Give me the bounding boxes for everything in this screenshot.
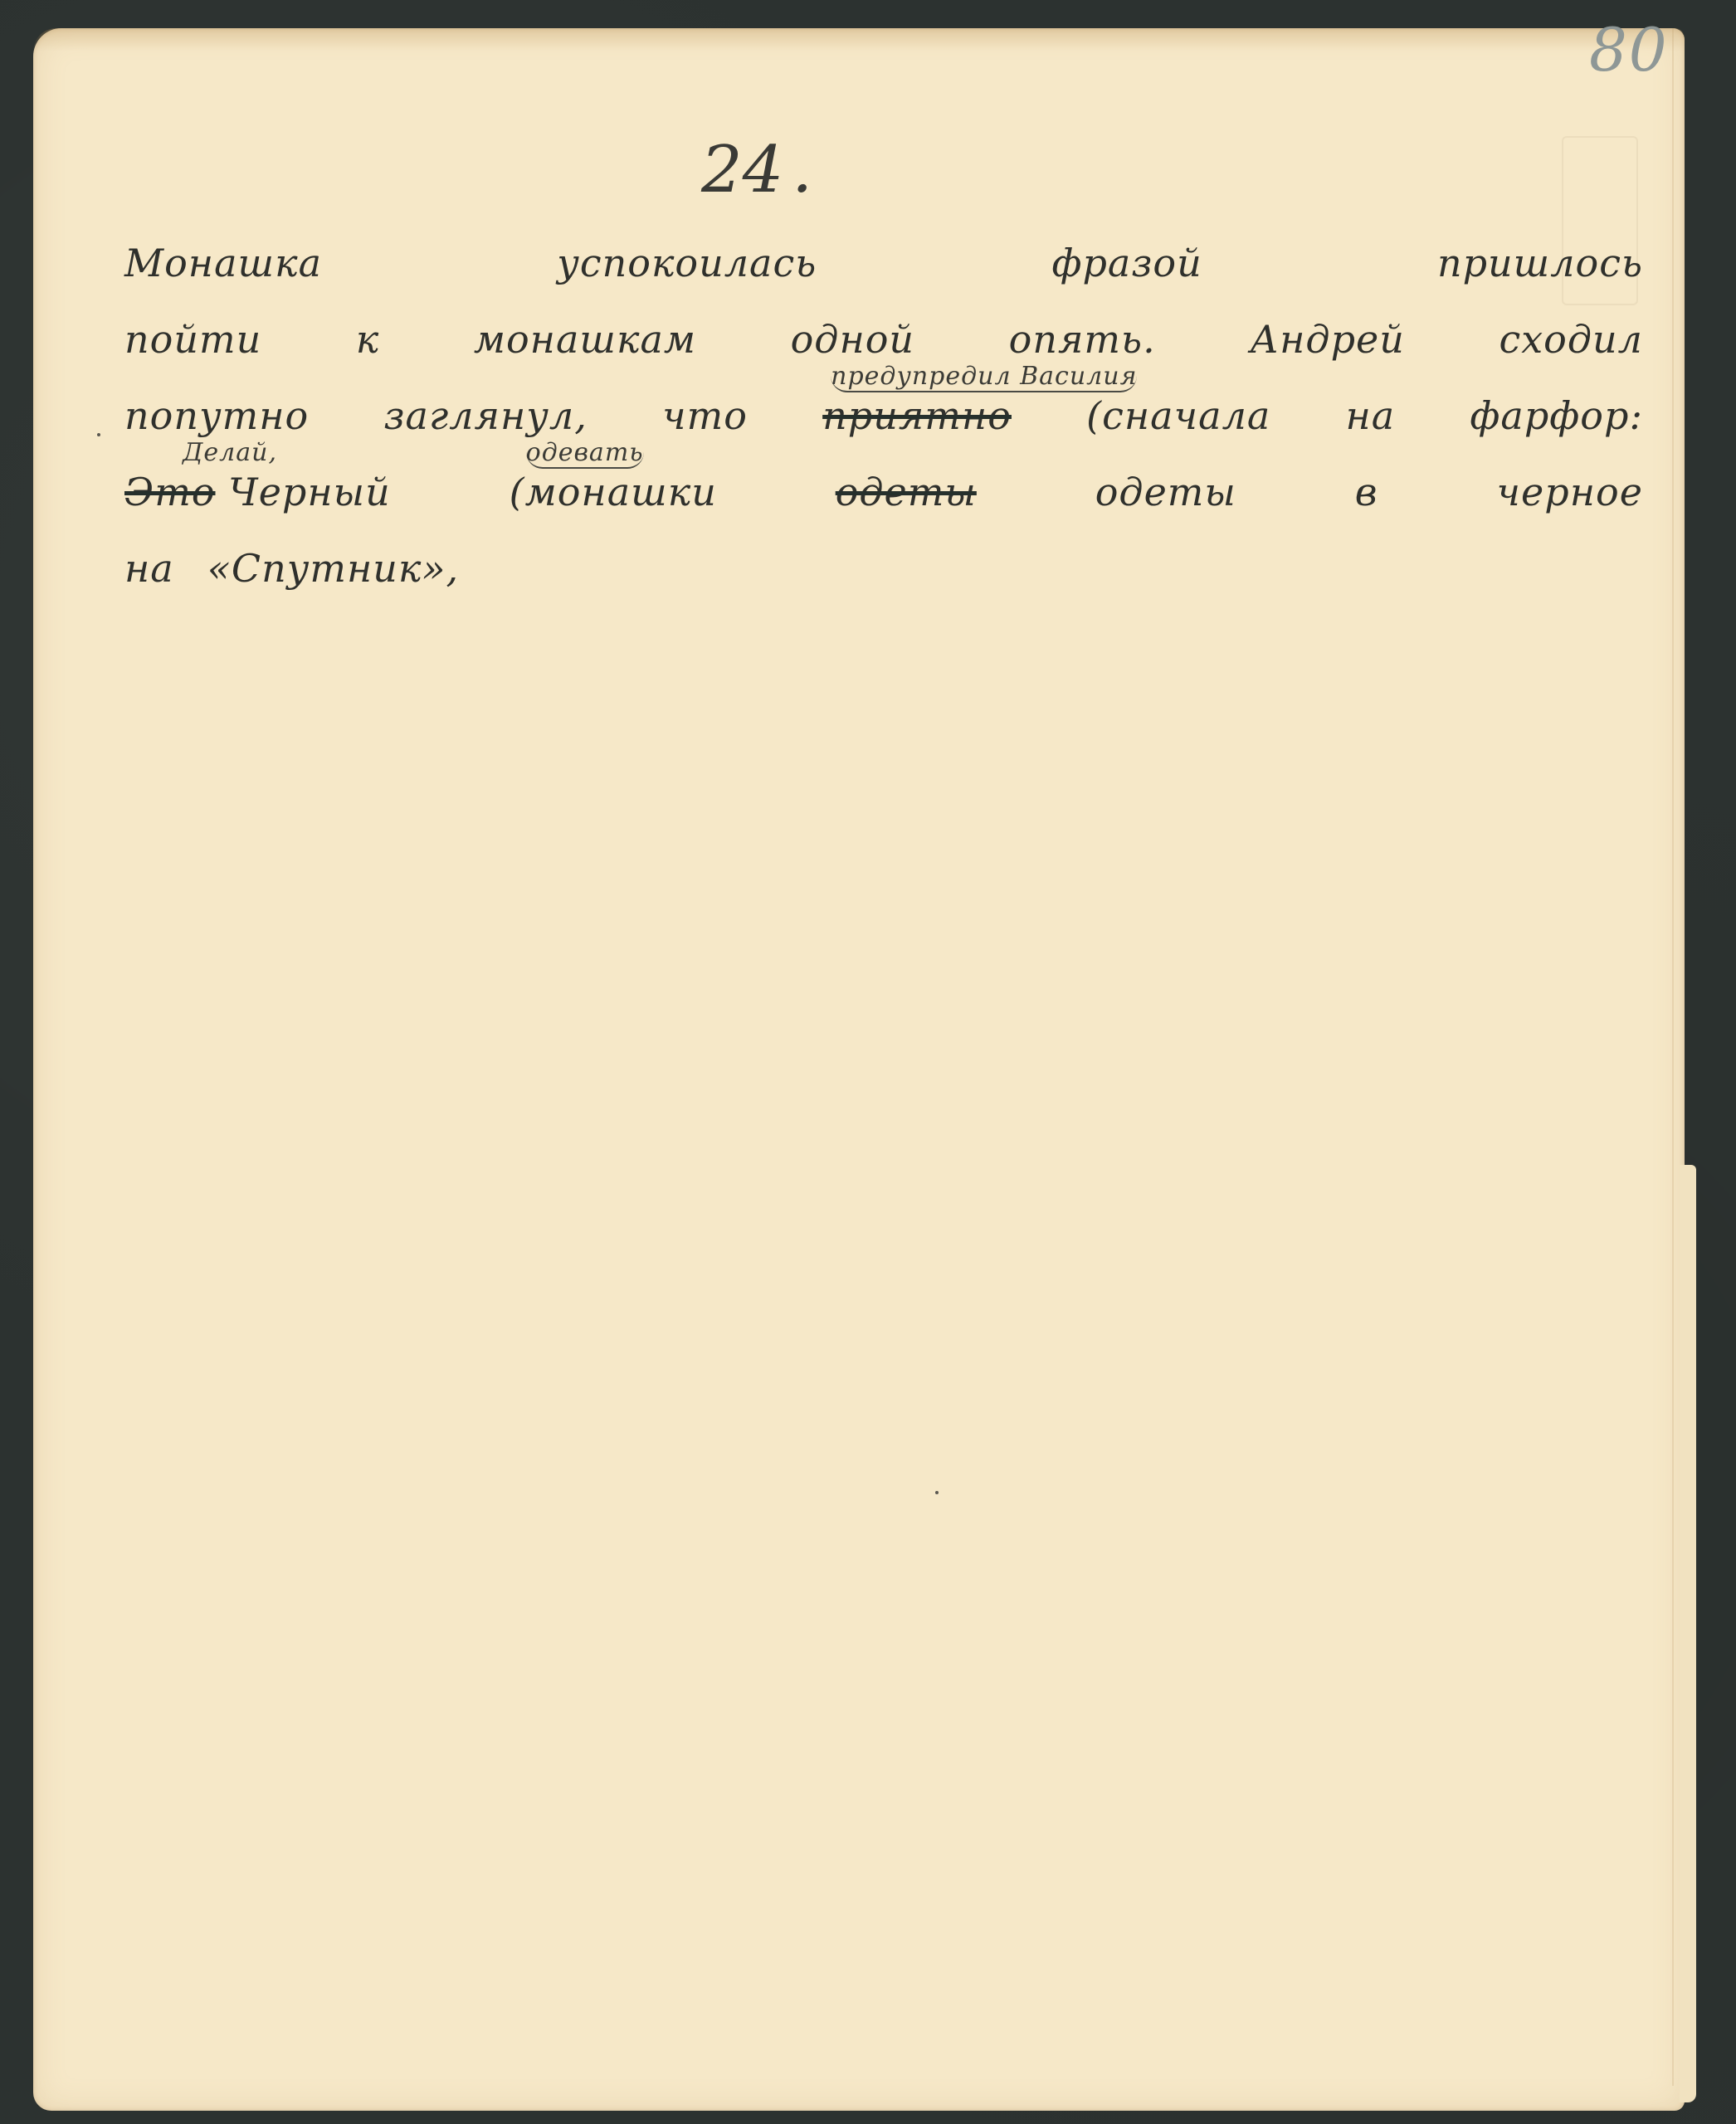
word: одеты (1095, 470, 1236, 514)
ink-speck (97, 433, 100, 436)
revision-group: предупредил Василия приятно (822, 393, 1012, 438)
word: опять. (1009, 317, 1156, 362)
manuscript-line-3: попутно заглянул, что предупредил Васили… (124, 393, 1643, 470)
word: фразой (1051, 241, 1202, 285)
manuscript-line-5: на «Спутник», (124, 546, 1643, 622)
word: пойти (124, 317, 261, 362)
word: успокоилась (557, 241, 817, 285)
revision-group: одевать (монашки (510, 470, 717, 514)
insertion-above: предупредил Василия (831, 362, 1137, 392)
word: сходил (1499, 317, 1642, 362)
word: Черный (228, 470, 391, 514)
word: (монашки (510, 470, 717, 514)
ink-speck (935, 1491, 939, 1494)
archive-folio-number: 80 (1589, 15, 1669, 85)
word: фарфор: (1470, 393, 1643, 438)
word: к (356, 317, 379, 362)
insertion-above: одевать (526, 438, 644, 469)
word: монашкам (474, 317, 696, 362)
word: попутно (124, 393, 309, 438)
insertion-above: Делай, (183, 438, 277, 467)
word: черное (1496, 470, 1643, 514)
word: пришлось (1437, 241, 1643, 285)
word: «Спутник», (207, 546, 459, 591)
word: что (662, 393, 748, 438)
word: (сначала (1086, 393, 1270, 438)
page-number-value: 24 (701, 133, 783, 207)
manuscript-body: Монашка успокоилась фразой пришлось пойт… (124, 241, 1643, 622)
word: одной (791, 317, 914, 362)
word: Монашка (124, 241, 322, 285)
paper-fold-line (1672, 28, 1674, 2086)
word: на (124, 546, 174, 591)
revision-group: Это Делай, Черный (124, 470, 391, 514)
sheet-edge-notch (1680, 1165, 1696, 2102)
word: заглянул, (383, 393, 587, 438)
page-number-dot: . (792, 133, 812, 207)
struck-word: приятно (822, 393, 1012, 438)
word: Андрей (1250, 317, 1405, 362)
page-number: 24. (701, 133, 812, 207)
struck-word: одеты (836, 470, 977, 514)
struck-word: Это (124, 470, 216, 514)
manuscript-line-4: Это Делай, Черный одевать (монашки одеты… (124, 470, 1643, 546)
word: на (1346, 393, 1396, 438)
word: в (1355, 470, 1378, 514)
manuscript-line-1: Монашка успокоилась фразой пришлось (124, 241, 1643, 317)
